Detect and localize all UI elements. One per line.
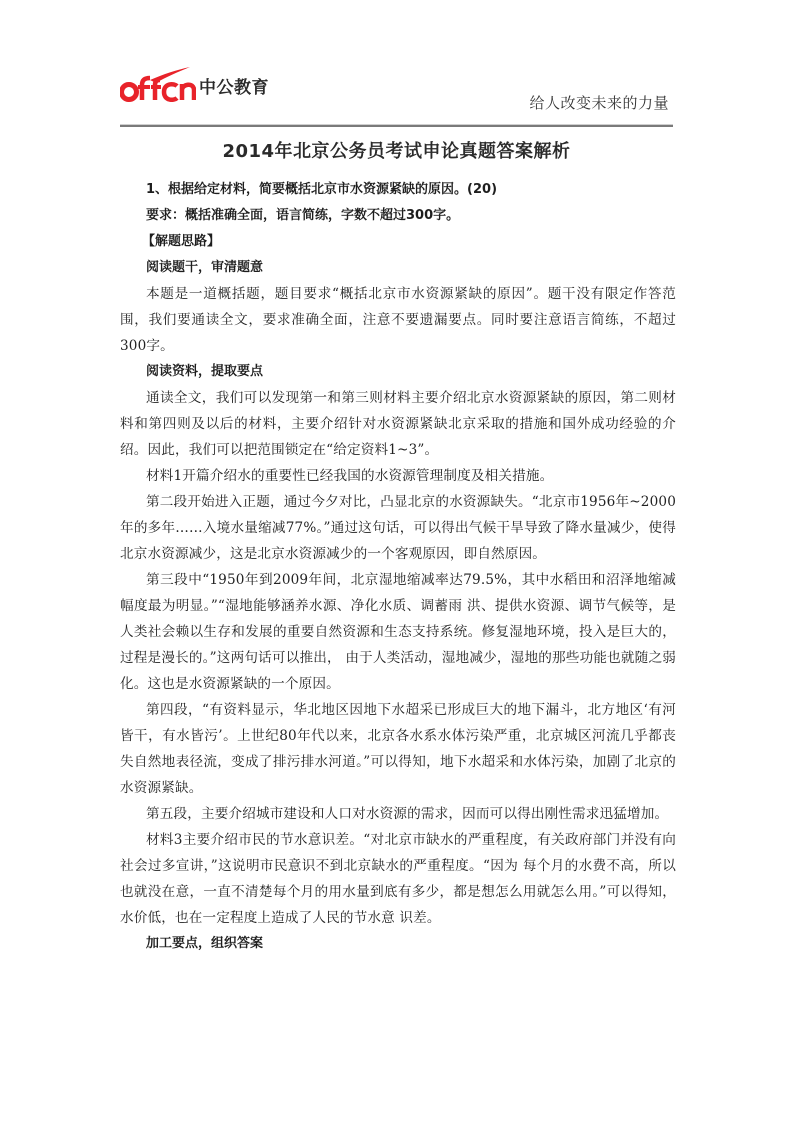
step1-heading: 阅读题干，审清题意 [120,255,676,281]
step2-paragraph: 通读全文，我们可以发现第一和第三则材料主要介绍北京水资源紧缺的原因，第二则材料和… [120,385,676,463]
document-title: 2014年北京公务员考试申论真题答案解析 [120,137,673,163]
logo-chinese-name: 中公教育 [199,73,269,98]
step2-paragraph: 第五段，主要介绍城市建设和人口对水资源的需求，因而可以得出刚性需求迅猛增加。 [120,801,676,827]
document-body: 1、根据给定材料，简要概括北京市水资源紧缺的原因。(20) 要求：概括准确全面，… [120,177,676,957]
question-text: 1、根据给定材料，简要概括北京市水资源紧缺的原因。(20) [120,177,676,203]
header-slogan: 给人改变未来的力量 [529,92,669,113]
step2-paragraph: 第四段，“有资料显示，华北地区因地下水超采已形成巨大的地下漏斗，北方地区‘有河皆… [120,697,676,801]
step2-paragraph: 材料1开篇介绍水的重要性已经我国的水资源管理制度及相关措施。 [120,463,676,489]
step3-heading: 加工要点，组织答案 [120,931,676,957]
step2-heading: 阅读资料，提取要点 [120,359,676,385]
requirement-text: 要求：概括准确全面，语言简练，字数不超过300字。 [120,203,676,229]
offcn-logo: 中公教育 [120,64,269,102]
header-divider [120,124,673,127]
step2-paragraph: 第二段开始进入正题，通过今夕对比，凸显北京的水资源缺失。“北京市1956年~20… [120,489,676,567]
step1-paragraph: 本题是一道概括题，题目要求“概括北京市水资源紧缺的原因”。题干没有限定作答范围，… [120,281,676,359]
offcn-logo-mark-icon [120,66,196,102]
document-page: 中公教育 给人改变未来的力量 2014年北京公务员考试申论真题答案解析 1、根据… [0,0,793,1122]
section-label: 【解题思路】 [120,229,676,255]
page-header: 中公教育 给人改变未来的力量 [120,64,673,126]
step2-paragraph: 第三段中“1950年到2009年间，北京湿地缩减率达79.5%，其中水稻田和沼泽… [120,567,676,697]
step2-paragraph: 材料3主要介绍市民的节水意识差。“对北京市缺水的严重程度，有关政府部门并没有向社… [120,827,676,931]
